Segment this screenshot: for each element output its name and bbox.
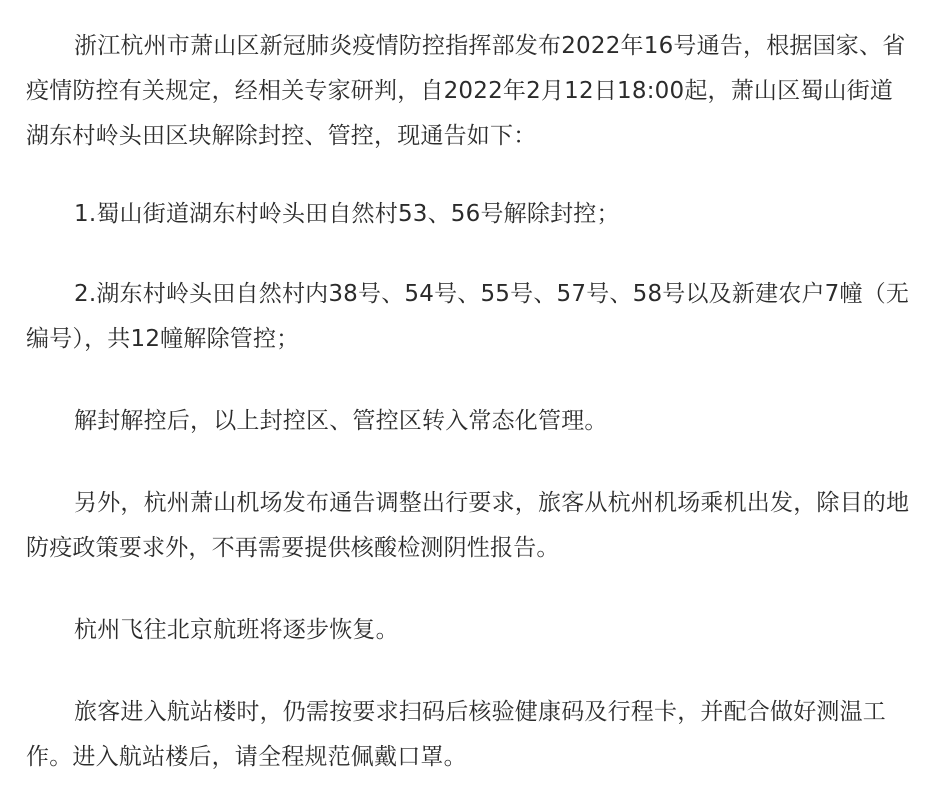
paragraph-announcement-intro: 浙江杭州市萧山区新冠肺炎疫情防控指挥部发布2022年16号通告，根据国家、省疫情… (26, 24, 916, 159)
paragraph-item-1-lift-lockdown: 1.蜀山街道湖东村岭头田自然村53、56号解除封控； (26, 192, 916, 237)
paragraph-airport-notice: 另外，杭州萧山机场发布通告调整出行要求，旅客从杭州机场乘机出发，除目的地防疫政策… (26, 481, 916, 571)
paragraph-flights-resume: 杭州飞往北京航班将逐步恢复。 (26, 608, 916, 653)
article-body: 浙江杭州市萧山区新冠肺炎疫情防控指挥部发布2022年16号通告，根据国家、省疫情… (26, 24, 916, 780)
paragraph-terminal-requirements: 旅客进入航站楼时，仍需按要求扫码后核验健康码及行程卡，并配合做好测温工作。进入航… (26, 690, 916, 780)
paragraph-item-2-lift-control: 2.湖东村岭头田自然村内38号、54号、55号、57号、58号以及新建农户7幢（… (26, 272, 916, 362)
paragraph-normalized-management: 解封解控后，以上封控区、管控区转入常态化管理。 (26, 399, 916, 444)
